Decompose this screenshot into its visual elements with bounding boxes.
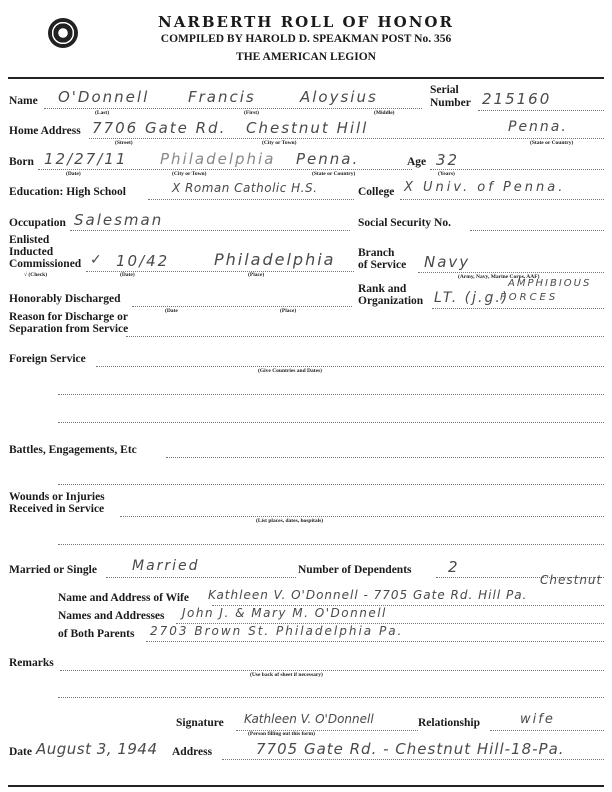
dependents-label: Number of Dependents — [298, 564, 412, 576]
born-date-caption: (Date) — [66, 171, 81, 177]
city-value: Chestnut Hill — [246, 119, 368, 137]
parents-address-field[interactable] — [146, 641, 604, 642]
first-caption: (First) — [244, 110, 259, 116]
dependents-value: 2 — [448, 558, 460, 576]
serial-field[interactable] — [478, 110, 604, 111]
commission-date-caption: (Date) — [120, 272, 135, 278]
last-name-value: O'Donnell — [58, 88, 149, 106]
battles-line-2[interactable] — [58, 484, 604, 485]
foreign-service-line-2[interactable] — [58, 394, 604, 395]
address-field[interactable] — [222, 759, 604, 760]
street-caption: (Street) — [115, 140, 133, 146]
document-org: THE AMERICAN LEGION — [0, 51, 612, 63]
first-name-value: Francis — [188, 88, 256, 106]
occupation-label: Occupation — [9, 217, 66, 229]
parents-address-value: 2703 Brown St. Philadelphia Pa. — [150, 624, 403, 638]
battles-label: Battles, Engagements, Etc — [9, 444, 137, 456]
born-city-caption: (City or Town) — [172, 171, 206, 177]
foreign-service-caption: (Give Countries and Dates) — [258, 368, 322, 374]
address-value: 7705 Gate Rd. - Chestnut Hill-18-Pa. — [256, 740, 565, 758]
college-field[interactable] — [400, 199, 604, 200]
born-state-caption: (State or Country) — [312, 171, 355, 177]
signature-label: Signature — [176, 717, 224, 729]
rank-label-1: Rank and — [358, 283, 406, 295]
document-title: NARBERTH ROLL OF HONOR — [0, 13, 612, 31]
check-caption: √ (Check) — [24, 272, 47, 278]
branch-value: Navy — [424, 253, 470, 271]
high-school-field[interactable] — [148, 199, 354, 200]
rank-label-2: Organization — [358, 295, 423, 307]
middle-caption: (Middle) — [374, 110, 394, 116]
college-label: College — [358, 186, 394, 198]
serial-label-2: Number — [430, 97, 471, 109]
date-label: Date — [9, 746, 32, 758]
name-field[interactable] — [44, 108, 422, 109]
home-address-label: Home Address — [9, 125, 81, 137]
born-city-value: Philadelphia — [160, 150, 275, 168]
rank-field[interactable] — [432, 308, 604, 309]
discharge-place-caption: (Place) — [280, 308, 296, 314]
wounds-label-1: Wounds or Injuries — [9, 491, 105, 503]
last-caption: (Last) — [95, 110, 109, 116]
relationship-field[interactable] — [490, 730, 604, 731]
signature-value: Kathleen V. O'Donnell — [244, 712, 374, 726]
wife-value: Kathleen V. O'Donnell - 7705 Gate Rd. Hi… — [208, 588, 527, 602]
years-caption: (Years) — [438, 171, 455, 177]
commission-place-value: Philadelphia — [214, 250, 335, 269]
branch-label-2: of Service — [358, 259, 406, 271]
discharged-label: Honorably Discharged — [9, 293, 121, 305]
married-value: Married — [132, 558, 200, 574]
remarks-caption: (Use back of sheet if necessary) — [250, 672, 323, 678]
commissioned-label: Commissioned — [9, 258, 81, 270]
commission-check-value: ✓ — [90, 252, 104, 268]
serial-label-1: Serial — [430, 84, 459, 96]
age-value: 32 — [436, 151, 459, 169]
wife-value-above: Chestnut — [540, 573, 602, 587]
reason-label-1: Reason for Discharge or — [9, 311, 128, 323]
organization-line1-value: AMPHIBIOUS — [508, 278, 591, 289]
age-field[interactable] — [430, 169, 604, 170]
occupation-field[interactable] — [70, 230, 350, 231]
age-label: Age — [407, 156, 426, 168]
ssn-label: Social Security No. — [358, 217, 451, 229]
commission-date-value: 10/42 — [116, 252, 169, 270]
foreign-service-field[interactable] — [96, 366, 604, 367]
document-subtitle: COMPILED BY HAROLD D. SPEAKMAN POST No. … — [0, 33, 612, 45]
wounds-caption: (List places, dates, hospitals) — [256, 518, 323, 524]
enlisted-label: Enlisted — [9, 234, 49, 246]
branch-field[interactable] — [418, 272, 604, 273]
parents-label-2: of Both Parents — [58, 628, 134, 640]
rank-value: LT. (j.g.) — [434, 290, 509, 306]
middle-name-value: Aloysius — [300, 88, 378, 106]
reason-field[interactable] — [126, 336, 604, 337]
organization-line2-value: FORCES — [500, 292, 558, 303]
discharged-field[interactable] — [132, 306, 352, 307]
foreign-service-label: Foreign Service — [9, 353, 86, 365]
relationship-value: wife — [520, 712, 555, 727]
header-rule — [8, 77, 604, 79]
commission-place-caption: (Place) — [248, 272, 264, 278]
ssn-field[interactable] — [470, 230, 604, 231]
wife-label: Name and Address of Wife — [58, 592, 189, 604]
remarks-field[interactable] — [60, 670, 604, 671]
branch-label-1: Branch — [358, 247, 394, 259]
state-value: Penna. — [508, 119, 568, 135]
signature-caption: (Person filling out this form) — [248, 731, 315, 737]
address-label: Address — [172, 746, 212, 758]
born-date-value: 12/27/11 — [44, 150, 127, 168]
name-label: Name — [9, 95, 38, 107]
parents-label-1: Names and Addresses — [58, 610, 165, 622]
home-address-field[interactable] — [89, 138, 604, 139]
foreign-service-line-3[interactable] — [58, 422, 604, 423]
inducted-label: Inducted — [9, 246, 53, 258]
married-field[interactable] — [106, 577, 296, 578]
footer-rule — [8, 785, 604, 787]
serial-value: 215160 — [482, 90, 551, 108]
discharge-date-caption: (Date — [165, 308, 178, 314]
relationship-label: Relationship — [418, 717, 480, 729]
occupation-value: Salesman — [74, 211, 163, 229]
parents-names-value: John J. & Mary M. O'Donnell — [182, 606, 387, 620]
remarks-line-2[interactable] — [58, 697, 604, 698]
college-value: X Univ. of Penna. — [404, 180, 565, 195]
street-value: 7706 Gate Rd. — [92, 119, 226, 137]
reason-label-2: Separation from Service — [9, 323, 128, 335]
education-label: Education: High School — [9, 186, 126, 198]
high-school-value: X Roman Catholic H.S. — [172, 181, 317, 195]
state-caption: (State or Country) — [530, 140, 573, 146]
born-state-value: Penna. — [296, 150, 359, 168]
married-label: Married or Single — [9, 564, 97, 576]
battles-field[interactable] — [166, 457, 604, 458]
wounds-line-2[interactable] — [58, 544, 604, 545]
date-value: August 3, 1944 — [36, 740, 158, 758]
wounds-label-2: Received in Service — [9, 503, 104, 515]
wounds-field[interactable] — [120, 516, 604, 517]
city-caption: (City or Town) — [262, 140, 296, 146]
born-label: Born — [9, 156, 34, 168]
remarks-label: Remarks — [9, 657, 54, 669]
born-field[interactable] — [38, 169, 412, 170]
